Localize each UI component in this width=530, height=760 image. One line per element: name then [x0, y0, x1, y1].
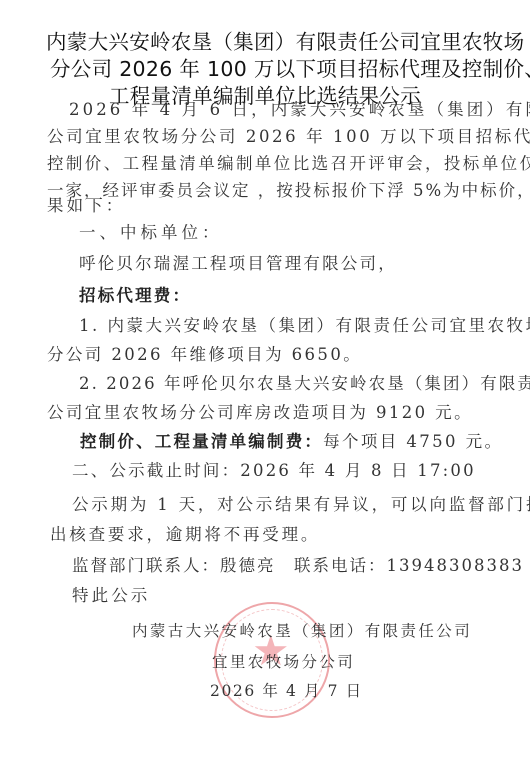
signature-org-line-2: 宜里农牧场分公司	[212, 655, 355, 671]
agency-fee-item-2-line-1: 2. 2026 年呼伦贝尔农垦大兴安岭农垦（集团）有限责任	[79, 376, 530, 393]
objection-line-2: 出核查要求，逾期将不再受理。	[50, 527, 320, 544]
control-price-value: 每个项目 4750 元。	[323, 432, 503, 451]
section-1-heading: 一、中标单位：	[79, 225, 223, 242]
winning-company: 呼伦贝尔瑞渥工程项目管理有限公司，	[79, 256, 397, 273]
control-price-row: 控制价、工程量清单编制费：每个项目 4750 元。	[80, 434, 503, 451]
intro-line-3: 控制价、工程量清单编制单位比选召开评审会，投标单位仅	[47, 156, 530, 173]
intro-line-1: 2026 年 4 月 6 日，内蒙大兴安岭农垦（集团）有限责任	[69, 102, 530, 119]
agency-fee-item-1-line-2: 分公司 2026 年维修项目为 6650。	[47, 347, 362, 364]
objection-line-1: 公示期为 1 天，对公示结果有异议，可以向监督部门提	[72, 497, 530, 514]
agency-fee-item-2-line-2: 公司宜里农牧场分公司库房改造项目为 9120 元。	[47, 405, 473, 422]
agency-fee-item-1-line-1: 1. 内蒙大兴安岭农垦（集团）有限责任公司宜里农牧场	[79, 318, 530, 335]
control-price-label: 控制价、工程量清单编制费：	[80, 432, 323, 451]
section-2-heading: 二、公示截止时间：2026 年 4 月 8 日 17:00	[72, 463, 476, 480]
intro-line-2: 公司宜里农牧场分公司 2026 年 100 万以下项目招标代理及	[47, 129, 530, 146]
document-title-line-2: 分公司 2026 年 100 万以下项目招标代理及控制价、	[50, 59, 454, 80]
signature-org-line-1: 内蒙古大兴安岭农垦（集团）有限责任公司	[132, 624, 472, 640]
intro-line-5: 果如下：	[47, 198, 125, 215]
signature-date: 2026 年 4 月 7 日	[210, 684, 363, 700]
contact-info: 监督部门联系人：殷德亮 联系电话：13948308383	[72, 558, 524, 575]
document-title-line-1: 内蒙大兴安岭农垦（集团）有限责任公司宜里农牧场	[46, 32, 462, 53]
closing-text: 特此公示	[72, 588, 150, 605]
agency-fee-heading: 招标代理费：	[79, 288, 191, 305]
